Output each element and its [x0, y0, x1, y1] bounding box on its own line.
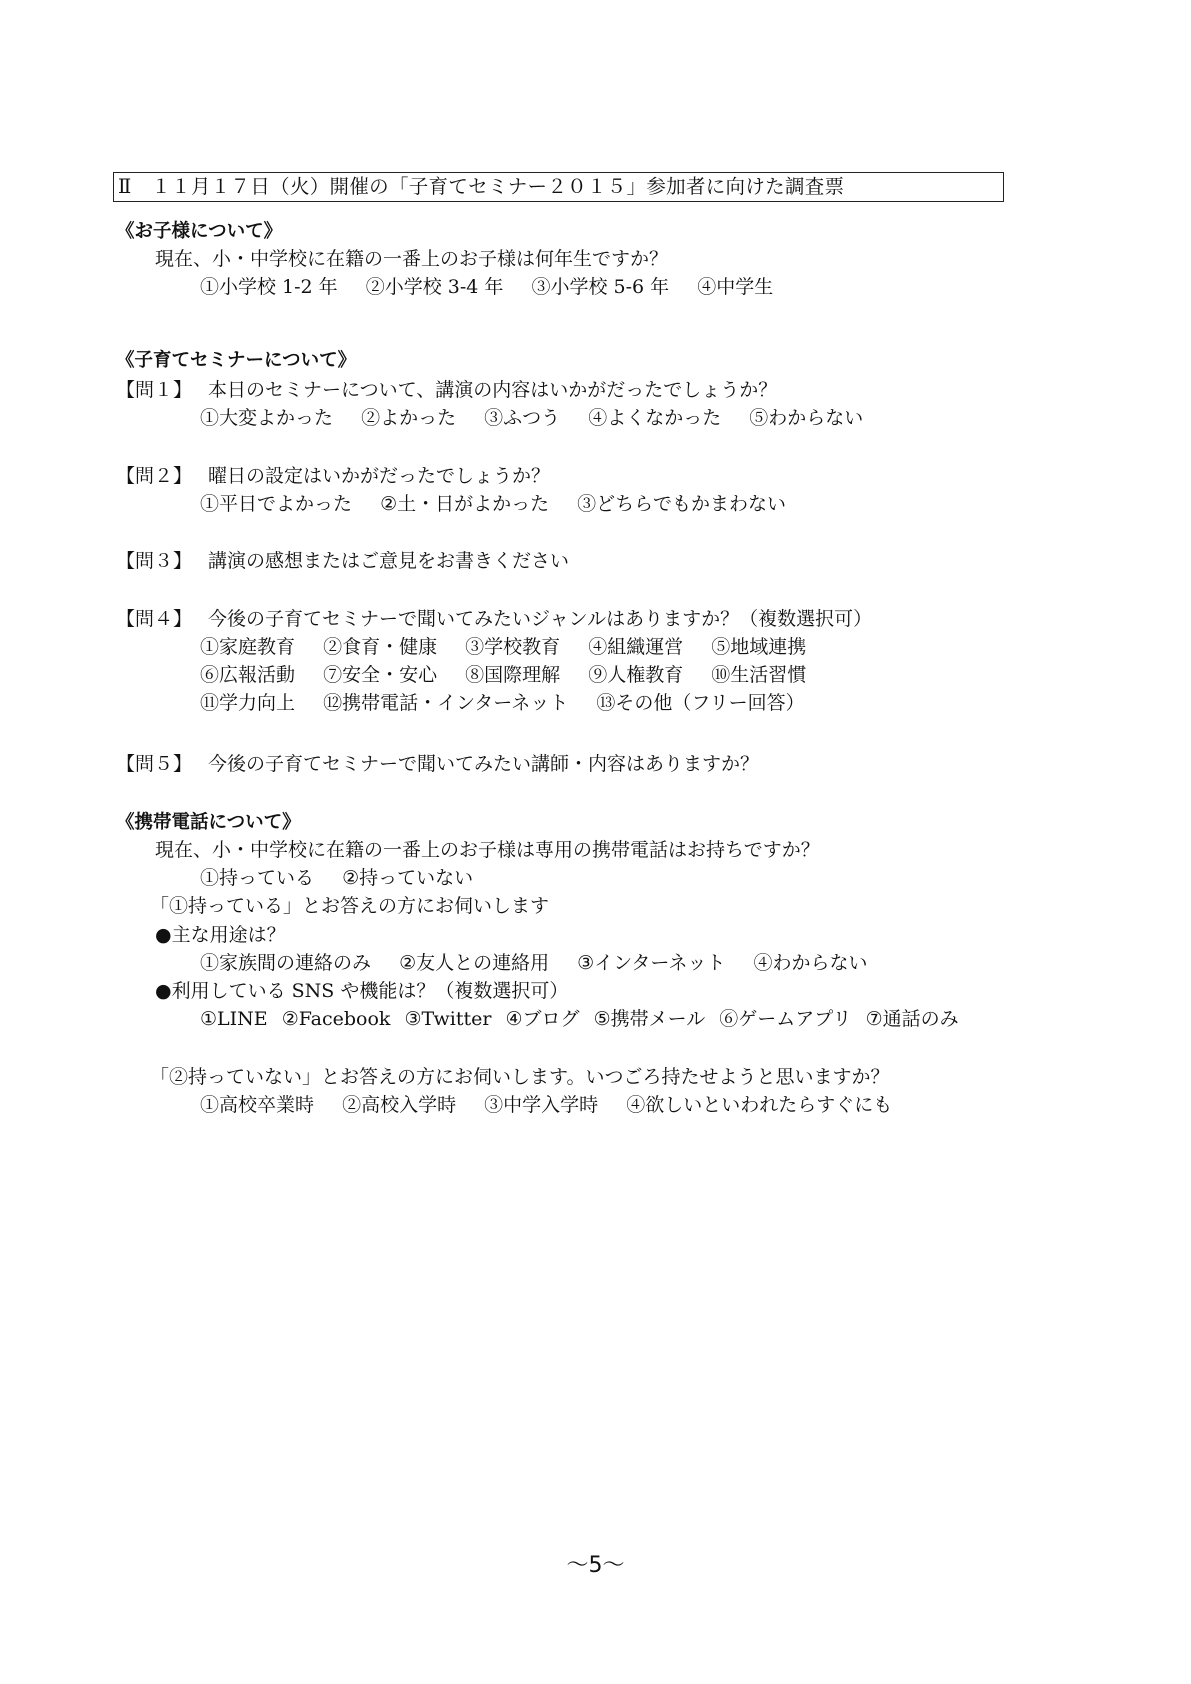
- phone-not-have-options: ①高校卒業時 ②高校入学時 ③中学入学時 ④欲しいといわれたらすぐにも: [200, 1092, 892, 1118]
- option: ③Twitter: [404, 1008, 491, 1030]
- option: ④わからない: [754, 952, 868, 974]
- question-text: 今後の子育てセミナーで聞いてみたい講師・内容はありますか？: [208, 753, 759, 775]
- phone-usage-options: ①家族間の連絡のみ ②友人との連絡用 ③インターネット ④わからない: [200, 950, 868, 976]
- phone-usage-question: ●主な用途は？: [155, 922, 286, 948]
- option: ⑩生活習慣: [711, 664, 806, 686]
- option: ⑫携帯電話・インターネット: [323, 692, 568, 714]
- option: ①家族間の連絡のみ: [200, 952, 371, 974]
- question-2-options: ①平日でよかった ②土・日がよかった ③どちらでもかまわない: [200, 491, 786, 517]
- question-4-options-row-2: ⑥広報活動 ⑦安全・安心 ⑧国際理解 ⑨人権教育 ⑩生活習慣: [200, 662, 806, 688]
- option: ④中学生: [697, 276, 773, 298]
- question-label: 【問２】: [116, 463, 208, 489]
- question-1: 【問１】本日のセミナーについて、講演の内容はいかがだったでしょうか？: [116, 377, 777, 403]
- option: ②Facebook: [282, 1008, 391, 1030]
- option: ②土・日がよかった: [380, 493, 549, 515]
- question-text: 講演の感想またはご意見をお書きください: [208, 550, 569, 572]
- option: ④組織運営: [588, 636, 683, 658]
- question-4-options-row-1: ①家庭教育 ②食育・健康 ③学校教育 ④組織運営 ⑤地域連携: [200, 634, 806, 660]
- option: ③インターネット: [577, 952, 725, 974]
- option: ④ブログ: [505, 1008, 579, 1030]
- phone-sns-question: ●利用している SNS や機能は？（複数選択可）: [155, 978, 568, 1004]
- option: ③中学入学時: [484, 1094, 598, 1116]
- question-label: 【問４】: [116, 606, 208, 632]
- option: ⑥ゲームアプリ: [719, 1008, 851, 1030]
- document-page: Ⅱ １１月１７日（火）開催の「子育てセミナー２０１５」参加者に向けた調査票 《お…: [0, 0, 1191, 1684]
- option: ⑤携帯メール: [594, 1008, 706, 1030]
- option: ②持っていない: [342, 867, 473, 889]
- option: ③どちらでもかまわない: [577, 493, 786, 515]
- question-text: 今後の子育てセミナーで聞いてみたいジャンルはありますか？（複数選択可）: [208, 608, 872, 630]
- question-text: 本日のセミナーについて、講演の内容はいかがだったでしょうか？: [208, 379, 777, 401]
- document-title: Ⅱ １１月１７日（火）開催の「子育てセミナー２０１５」参加者に向けた調査票: [113, 172, 1004, 202]
- option: ①高校卒業時: [200, 1094, 314, 1116]
- question-4-options-row-3: ⑪学力向上 ⑫携帯電話・インターネット ⑬その他（フリー回答）: [200, 690, 805, 716]
- option: ④欲しいといわれたらすぐにも: [626, 1094, 892, 1116]
- children-options: ①小学校 1-2 年 ②小学校 3-4 年 ③小学校 5-6 年 ④中学生: [200, 274, 773, 300]
- question-label: 【問５】: [116, 751, 208, 777]
- option: ①大変よかった: [200, 407, 333, 429]
- phone-not-have-question: 「②持っていない」とお答えの方にお伺いします。いつごろ持たせようと思いますか？: [150, 1064, 889, 1090]
- option: ⑨人権教育: [588, 664, 683, 686]
- option: ④よくなかった: [588, 407, 721, 429]
- option: ⑤地域連携: [711, 636, 806, 658]
- question-text: 曜日の設定はいかがだったでしょうか？: [208, 465, 550, 487]
- option: ⑥広報活動: [200, 664, 295, 686]
- option: ③学校教育: [465, 636, 560, 658]
- option: ①家庭教育: [200, 636, 295, 658]
- option: ⑬その他（フリー回答）: [596, 692, 804, 714]
- page-number: ～5～: [0, 1548, 1191, 1579]
- option: ③ふつう: [484, 407, 560, 429]
- children-question: 現在、小・中学校に在籍の一番上のお子様は何年生ですか？: [155, 246, 668, 272]
- option: ②食育・健康: [323, 636, 437, 658]
- question-1-options: ①大変よかった ②よかった ③ふつう ④よくなかった ⑤わからない: [200, 405, 863, 431]
- option: ⑦通話のみ: [866, 1008, 959, 1030]
- phone-question: 現在、小・中学校に在籍の一番上のお子様は専用の携帯電話はお持ちですか？: [155, 837, 820, 863]
- section-heading-seminar: 《子育てセミナーについて》: [116, 348, 356, 374]
- option: ①LINE: [200, 1008, 268, 1030]
- option: ①平日でよかった: [200, 493, 352, 515]
- phone-sns-options: ①LINE ②Facebook ③Twitter ④ブログ ⑤携帯メール ⑥ゲー…: [200, 1006, 959, 1032]
- option: ⑤わからない: [749, 407, 863, 429]
- question-4: 【問４】今後の子育てセミナーで聞いてみたいジャンルはありますか？（複数選択可）: [116, 606, 872, 632]
- option: ②友人との連絡用: [399, 952, 549, 974]
- option: ⑧国際理解: [465, 664, 560, 686]
- question-5: 【問５】今後の子育てセミナーで聞いてみたい講師・内容はありますか？: [116, 751, 759, 777]
- phone-options: ①持っている ②持っていない: [200, 865, 473, 891]
- question-label: 【問３】: [116, 548, 208, 574]
- question-3: 【問３】講演の感想またはご意見をお書きください: [116, 548, 569, 574]
- option: ①持っている: [200, 867, 314, 889]
- option: ⑪学力向上: [200, 692, 295, 714]
- option: ②小学校 3-4 年: [366, 276, 504, 298]
- question-2: 【問２】曜日の設定はいかがだったでしょうか？: [116, 463, 550, 489]
- section-heading-phone: 《携帯電話について》: [116, 810, 301, 836]
- section-heading-children: 《お子様について》: [116, 219, 282, 245]
- phone-have-intro: 「①持っている」とお答えの方にお伺いします: [150, 893, 549, 919]
- option: ②高校入学時: [342, 1094, 456, 1116]
- option: ⑦安全・安心: [323, 664, 437, 686]
- option: ②よかった: [361, 407, 456, 429]
- option: ③小学校 5-6 年: [531, 276, 669, 298]
- question-label: 【問１】: [116, 377, 208, 403]
- option: ①小学校 1-2 年: [200, 276, 338, 298]
